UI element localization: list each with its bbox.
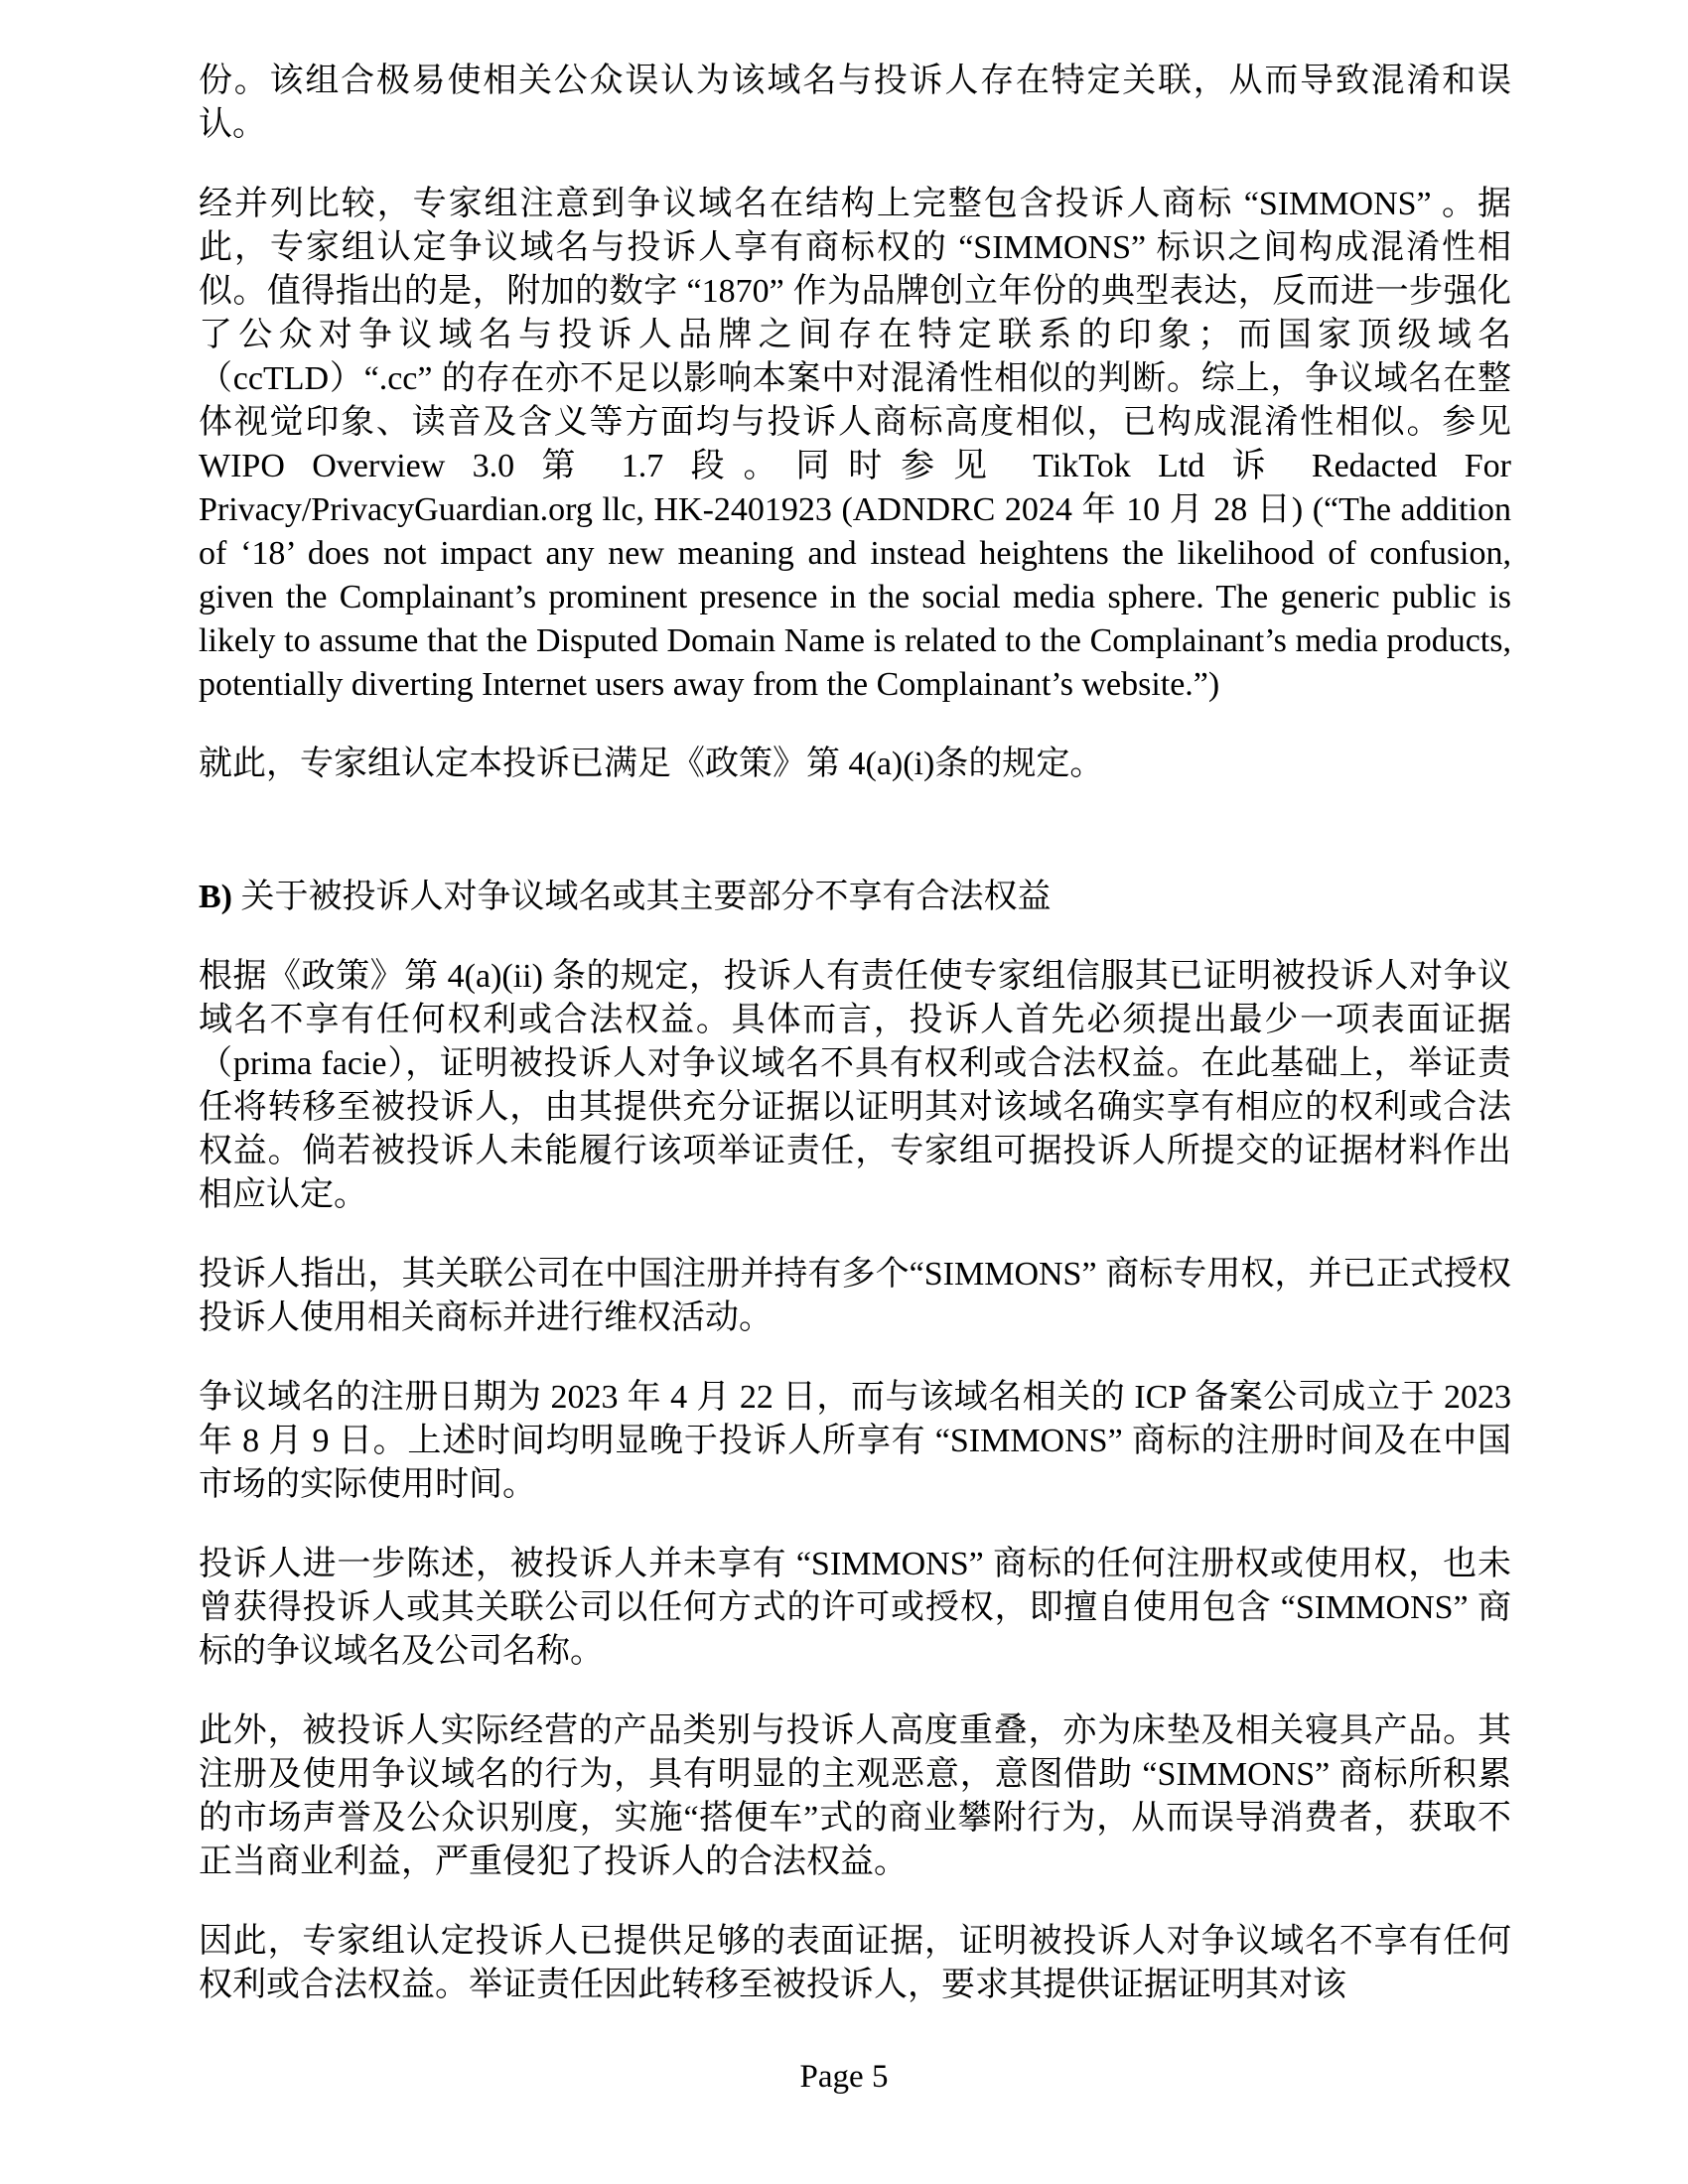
page-footer: Page 5 (0, 2057, 1688, 2097)
paragraph-confusion-conclusion: 份。该组合极易使相关公众误认为该域名与投诉人存在特定关联，从而导致混淆和误认。 (199, 60, 1511, 147)
section-b-marker: B) (199, 879, 232, 915)
document-page: 份。该组合极易使相关公众误认为该域名与投诉人存在特定关联，从而导致混淆和误认。 … (0, 0, 1688, 2184)
paragraph-no-authorization: 投诉人进一步陈述，被投诉人并未享有 “SIMMONS” 商标的任何注册权或使用权… (199, 1543, 1511, 1674)
paragraph-policy-4ai-finding: 就此，专家组认定本投诉已满足《政策》第 4(a)(i)条的规定。 (199, 743, 1511, 786)
paragraph-bad-faith-overlap: 此外，被投诉人实际经营的产品类别与投诉人高度重叠，亦为床垫及相关寝具产品。其注册… (199, 1709, 1511, 1884)
section-b-heading: B) 关于被投诉人对争议域名或其主要部分不享有合法权益 (199, 876, 1511, 919)
paragraph-prima-facie-conclusion: 因此，专家组认定投诉人已提供足够的表面证据，证明被投诉人对争议域名不享有任何权利… (199, 1920, 1511, 2007)
paragraph-policy-4aii-burden: 根据《政策》第 4(a)(ii) 条的规定，投诉人有责任使专家组信服其已证明被投… (199, 955, 1511, 1217)
paragraph-comparison-analysis: 经并列比较，专家组注意到争议域名在结构上完整包含投诉人商标 “SIMMONS” … (199, 183, 1511, 707)
paragraph-trademark-ownership: 投诉人指出，其关联公司在中国注册并持有多个“SIMMONS” 商标专用权，并已正… (199, 1253, 1511, 1340)
paragraph-registration-dates: 争议域名的注册日期为 2023 年 4 月 22 日，而与该域名相关的 ICP … (199, 1376, 1511, 1507)
document-body: 份。该组合极易使相关公众误认为该域名与投诉人存在特定关联，从而导致混淆和误认。 … (199, 60, 1511, 2043)
page-number: Page 5 (800, 2059, 889, 2095)
section-b-title: 关于被投诉人对争议域名或其主要部分不享有合法权益 (232, 879, 1052, 915)
